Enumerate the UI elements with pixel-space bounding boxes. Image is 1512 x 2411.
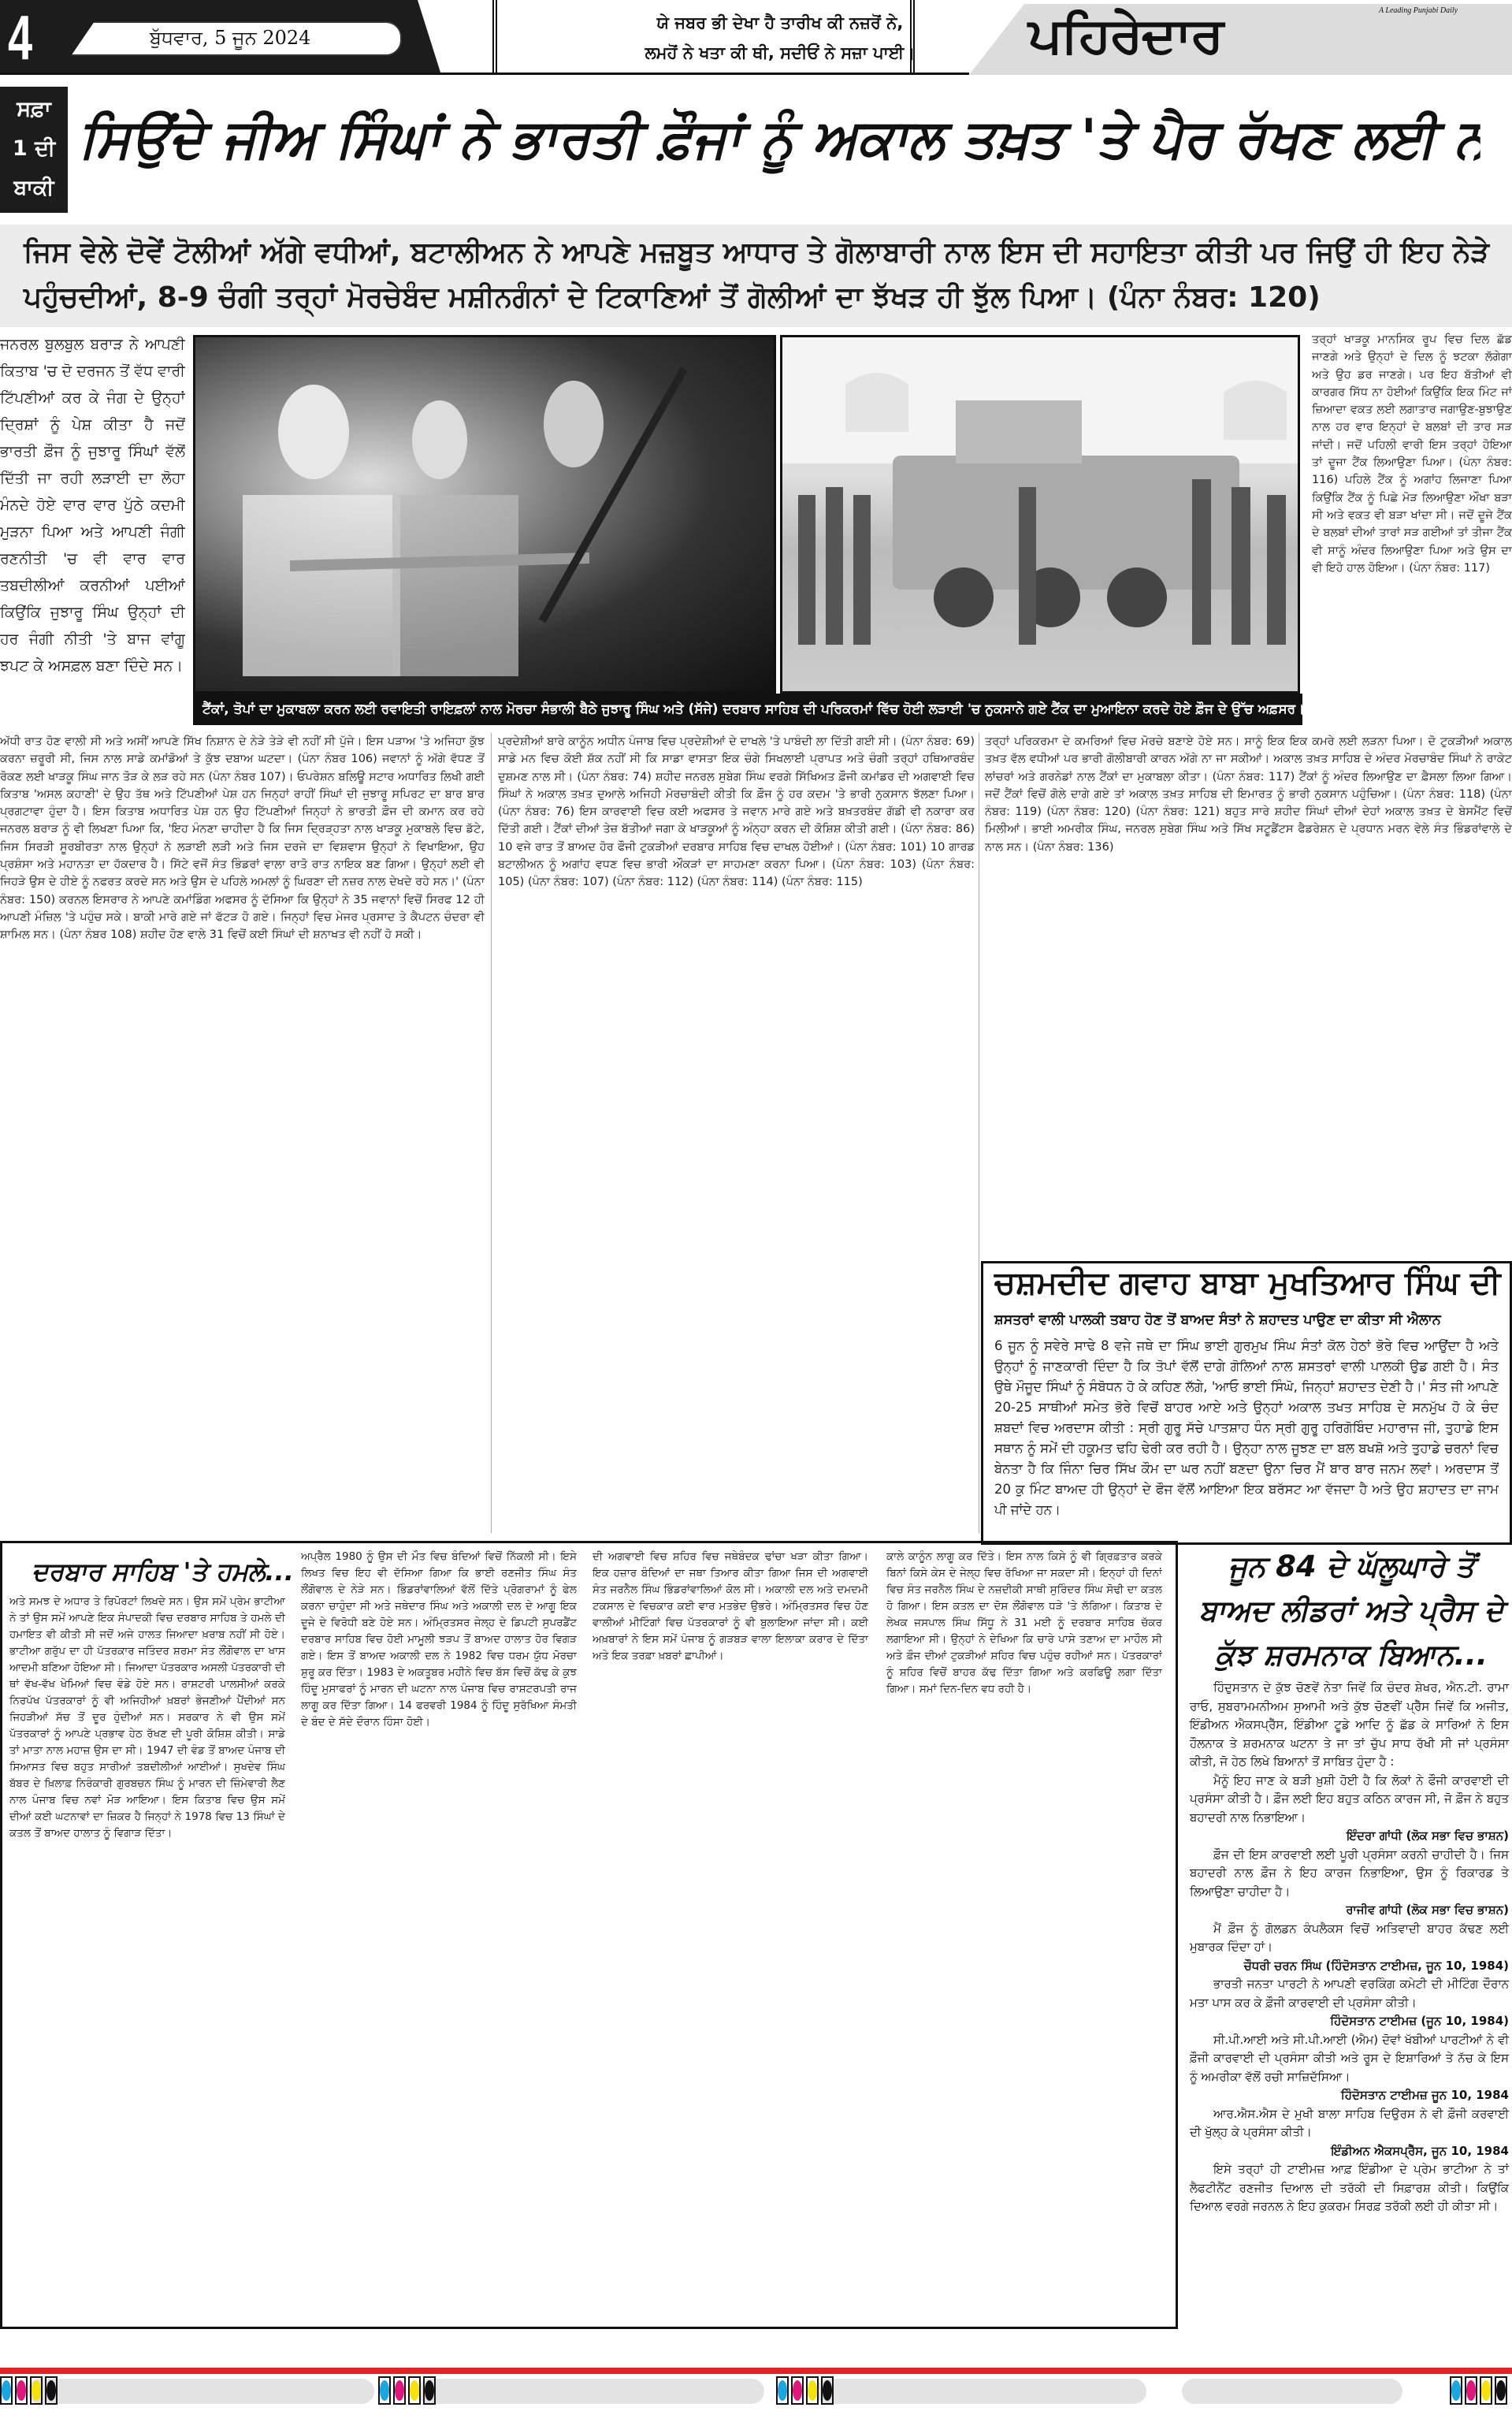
footer-bar xyxy=(1182,2379,1402,2404)
sidebar-right-text: ਤਰ੍ਹਾਂ ਖਾੜਕੂ ਮਾਨਸਿਕ ਰੂਪ ਵਿਚ ਦਿਲ ਛੱਡ ਜਾਣਗ… xyxy=(1312,331,1512,729)
registration-marks xyxy=(378,2376,436,2405)
masthead-quote: ਯੇ ਜਬਰ ਭੀ ਦੇਖਾ ਹੈ ਤਾਰੀਖ ਕੀ ਨਜ਼ਰੋਂ ਨੇ, ਲਮ… xyxy=(544,8,1016,68)
cyan-mark-icon xyxy=(378,2376,391,2405)
statement-source: ਇੰਡੀਅਨ ਐਕਸਪ੍ਰੈੱਸ, ਜੂਨ 10, 1984 xyxy=(1190,2142,1509,2161)
statement-source: ਇੰਦਰਾ ਗਾਂਧੀ (ਲੋਕ ਸਭਾ ਵਿਚ ਭਾਸ਼ਨ) xyxy=(1190,1827,1509,1846)
registration-marks xyxy=(1450,2376,1507,2405)
statement-text: ਮੈਨੂੰ ਇਹ ਜਾਣ ਕੇ ਬੜੀ ਖ਼ੁਸ਼ੀ ਹੋਈ ਹੈ ਕਿ ਲੋਕ… xyxy=(1190,1772,1509,1828)
statement-text: ਫ਼ੌਜ ਦੀ ਇਸ ਕਾਰਵਾਈ ਲਈ ਪੂਰੀ ਪ੍ਰਸੰਸਾ ਕਰਨੀ ਚ… xyxy=(1190,1846,1509,1902)
continued-ribbon: ਸਫ਼ਾ 1 ਦੀ ਬਾਕੀ xyxy=(0,87,68,213)
newspaper-logo: ਪਹਿਰੇਦਾਰ xyxy=(1028,6,1222,65)
ribbon-line: 1 ਦੀ xyxy=(0,129,68,169)
yellow-mark-icon xyxy=(806,2376,819,2405)
issue-date: ਬੁੱਧਵਾਰ, 5 ਜੂਨ 2024 xyxy=(150,27,310,49)
eyewitness-body: 6 ਜੂਨ ਨੂੰ ਸਵੇਰੇ ਸਾਢੇ 8 ਵਜੇ ਜਥੇ ਦਾ ਸਿੰਘ ਭ… xyxy=(994,1336,1499,1520)
column-rule xyxy=(979,733,979,1533)
main-headline: ਸਿਉਂਦੇ ਜੀਅ ਸਿੰਘਾਂ ਨੇ ਭਾਰਤੀ ਫ਼ੌਜਾਂ ਨੂੰ ਅਕ… xyxy=(79,88,1480,191)
quote-line-1: ਯੇ ਜਬਰ ਭੀ ਦੇਖਾ ਹੈ ਤਾਰੀਖ ਕੀ ਨਜ਼ਰੋਂ ਨੇ, xyxy=(544,8,1016,38)
ribbon-line: ਬਾਕੀ xyxy=(0,169,68,208)
yellow-mark-icon xyxy=(1480,2376,1492,2405)
black-mark-icon xyxy=(423,2376,436,2405)
statement-text: ਭਾਰਤੀ ਜਨਤਾ ਪਾਰਟੀ ਨੇ ਆਪਣੀ ਵਰਕਿੰਗ ਕਮੇਟੀ ਦੀ… xyxy=(1190,1975,1509,2012)
column-rule xyxy=(491,733,492,1533)
black-mark-icon xyxy=(45,2376,58,2405)
photo-tank-inspection xyxy=(780,335,1300,694)
footer-bar xyxy=(815,2379,1146,2404)
magenta-mark-icon xyxy=(791,2376,804,2405)
statements-title: ਜੂਨ 84 ਦੇ ਘੱਲੂਘਾਰੇ ਤੋਂ ਬਾਅਦ ਲੀਡਰਾਂ ਅਤੇ ਪ… xyxy=(1194,1545,1509,1677)
statement-source: ਹਿੰਦੋਸਤਾਨ ਟਾਈਮਜ਼ ਜੂਨ 10, 1984 xyxy=(1190,2086,1509,2105)
lower-column-3: ਦੀ ਅਗਵਾਈ ਵਿਚ ਸ਼ਹਿਰ ਵਿਚ ਜਥੇਬੰਦਕ ਢਾਂਚਾ ਖੜਾ… xyxy=(593,1549,868,2323)
yellow-mark-icon xyxy=(408,2376,421,2405)
lower-column-4: ਕਾਲੇ ਕਾਨੂੰਨ ਲਾਗੂ ਕਰ ਦਿੱਤੇ। ਇਸ ਨਾਲ ਕਿਸੇ ਨ… xyxy=(886,1549,1162,2323)
footer-bar xyxy=(418,2379,764,2404)
quote-line-2: ਲਮਹੋਂ ਨੇ ਖਤਾ ਕੀ ਥੀ, ਸਦੀਓਂ ਨੇ ਸਜ਼ਾ ਪਾਈ। xyxy=(544,38,1016,68)
newspaper-tagline: A Leading Punjabi Daily xyxy=(1379,6,1458,15)
statement-text: ਹਿੰਦੁਸਤਾਨ ਦੇ ਕੁੱਝ ਚੋਣਵੇਂ ਨੇਤਾ ਜਿਵੇਂ ਕਿ ਚ… xyxy=(1190,1679,1509,1772)
lower-column-2: ਅਪ੍ਰੈਲ 1980 ਨੂੰ ਉਸ ਦੀ ਮੌਤ ਵਿਚ ਬੰਦਿਆਂ ਵਿਚ… xyxy=(301,1549,577,2323)
cyan-mark-icon xyxy=(776,2376,789,2405)
article-column-3: ਤਰ੍ਹਾਂ ਪਰਿਕਰਮਾ ਦੇ ਕਮਰਿਆਂ ਵਿਚ ਮੋਰਚੇ ਬਣਾਏ … xyxy=(985,733,1512,1253)
footer-bar xyxy=(28,2379,374,2404)
statement-text: ਸੀ.ਪੀ.ਆਈ ਅਤੇ ਸੀ.ਪੀ.ਆਈ (ਐਮ) ਦੋਵਾਂ ਖੱਬੀਆਂ … xyxy=(1190,2031,1509,2087)
yellow-mark-icon xyxy=(30,2376,43,2405)
masthead-divider xyxy=(492,0,497,75)
statement-source: ਰਾਜੀਵ ਗਾਂਧੀ (ਲੋਕ ਸਭਾ ਵਿਚ ਭਾਸ਼ਨ) xyxy=(1190,1901,1509,1920)
page-number: 4 xyxy=(8,2,32,74)
statement-text: ਮੈਂ ਫ਼ੌਜ ਨੂੰ ਗੋਲਡਨ ਕੰਪਲੈਕਸ ਵਿਚੋਂ ਅਤਿਵਾਦੀ… xyxy=(1190,1920,1509,1957)
statements-body: ਹਿੰਦੁਸਤਾਨ ਦੇ ਕੁੱਝ ਚੋਣਵੇਂ ਨੇਤਾ ਜਿਵੇਂ ਕਿ ਚ… xyxy=(1190,1679,1509,2216)
magenta-mark-icon xyxy=(393,2376,406,2405)
article-column-1: ਅੱਧੀ ਰਾਤ ਹੋਣ ਵਾਲੀ ਸੀ ਅਤੇ ਅਸੀਂ ਆਪਣੇ ਸਿੱਖ … xyxy=(0,733,485,1533)
cyan-mark-icon xyxy=(0,2376,13,2405)
footer-red-rule xyxy=(0,2368,1512,2374)
photo-sikh-fighters xyxy=(193,335,776,694)
photo-placeholder-icon xyxy=(195,337,776,694)
black-mark-icon xyxy=(821,2376,834,2405)
lower-story-title: ਦਰਬਾਰ ਸਾਹਿਬ 'ਤੇ ਹਮਲੇ... xyxy=(32,1557,294,1587)
masthead-rule xyxy=(0,73,969,75)
eyewitness-subtitle: ਸ਼ਸਤਰਾਂ ਵਾਲੀ ਪਾਲਕੀ ਤਬਾਹ ਹੋਣ ਤੋਂ ਬਾਅਦ ਸੰਤ… xyxy=(994,1312,1441,1328)
photo-placeholder-icon xyxy=(782,337,1300,694)
cyan-mark-icon xyxy=(1450,2376,1462,2405)
eyewitness-title: ਚਸ਼ਮਦੀਦ ਗਵਾਹ ਬਾਬਾ ਮੁਖਤਿਆਰ ਸਿੰਘ ਦੀ ਜ਼ੁਬਾਨ… xyxy=(994,1265,1512,1301)
registration-marks xyxy=(0,2376,58,2405)
magenta-mark-icon xyxy=(15,2376,28,2405)
black-mark-icon xyxy=(1495,2376,1507,2405)
statement-source: ਚੌਧਰੀ ਚਰਨ ਸਿੰਘ (ਹਿੰਦੋਸਤਾਨ ਟਾਈਮਜ਼, ਜੂਨ 10… xyxy=(1190,1957,1509,1976)
registration-marks xyxy=(776,2376,834,2405)
magenta-mark-icon xyxy=(1465,2376,1477,2405)
statement-source: ਹਿੰਦੋਸਤਾਨ ਟਾਈਮਜ਼ (ਜੂਨ 10, 1984) xyxy=(1190,2012,1509,2031)
sidebar-left-text: ਜਨਰਲ ਬੁਲਬੁਲ ਬਰਾੜ ਨੇ ਆਪਣੀ ਕਿਤਾਬ 'ਚ ਦੋ ਦਰਜ… xyxy=(0,331,185,679)
article-column-2: ਪ੍ਰਦੇਸ਼ੀਆਂ ਬਾਰੇ ਕਾਨੂੰਨ ਅਧੀਨ ਪੰਜਾਬ ਵਿਚ ਪ੍… xyxy=(498,733,975,1533)
photo-caption: ਟੈਂਕਾਂ, ਤੋਪਾਂ ਦਾ ਮੁਕਾਬਲਾ ਕਰਨ ਲਈ ਰਵਾਇਤੀ ਰ… xyxy=(193,694,1302,725)
ribbon-line: ਸਫ਼ਾ xyxy=(0,90,68,129)
statement-text: ਇਸੇ ਤਰ੍ਹਾਂ ਹੀ ਟਾਈਮਜ਼ ਆਫ਼ ਇੰਡੀਆ ਦੇ ਪ੍ਰੇਮ … xyxy=(1190,2160,1509,2216)
deck-text: ਜਿਸ ਵੇਲੇ ਦੋਵੇਂ ਟੋਲੀਆਂ ਅੱਗੇ ਵਧੀਆਂ, ਬਟਾਲੀਅ… xyxy=(24,230,1489,320)
lower-column-1: ਅਤੇ ਸਮਝ ਦੇ ਅਧਾਰ ਤੇ ਰਿਪੋਰਟਾਂ ਲਿਖਦੇ ਸਨ। ਉਸ… xyxy=(9,1594,285,2323)
statement-text: ਆਰ.ਐਸ.ਐਸ ਦੇ ਮੁਖੀ ਬਾਲਾ ਸਾਹਿਬ ਦਿਉਰਸ ਨੇ ਵੀ … xyxy=(1190,2105,1509,2142)
